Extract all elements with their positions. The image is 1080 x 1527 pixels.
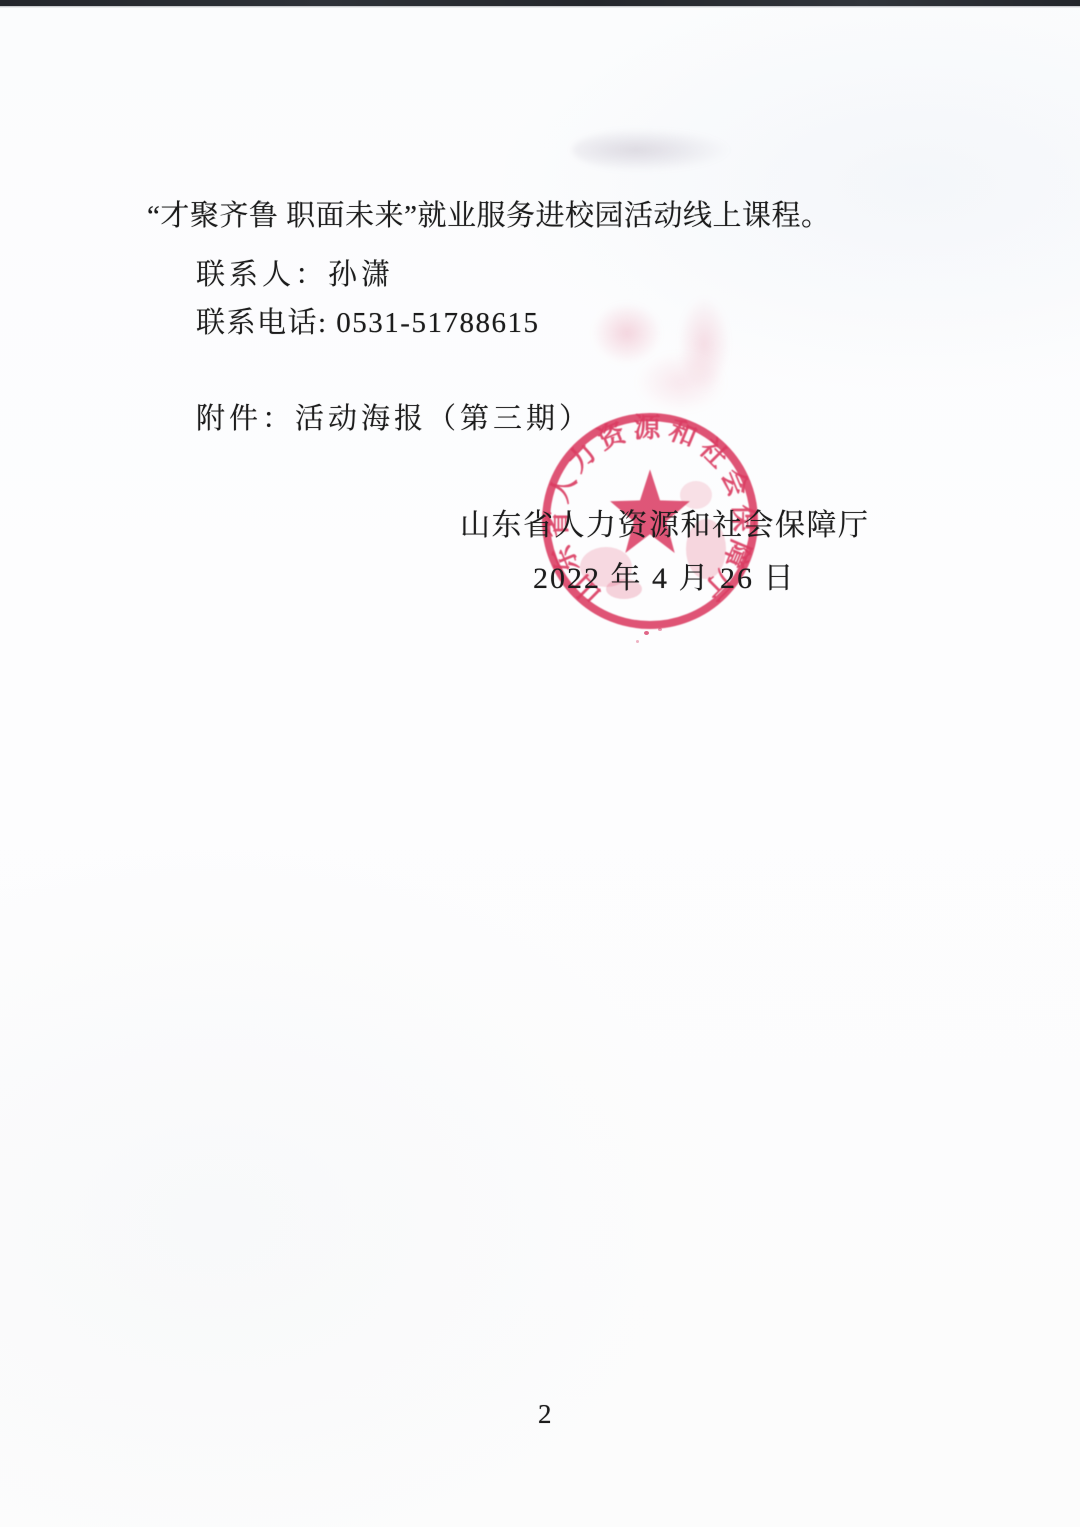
body-line-course-title: “才聚齐鲁 职面未来”就业服务进校园活动线上课程。 [147, 193, 831, 234]
bleedthrough-smudge [572, 128, 732, 172]
contact-phone-line: 联系电话: 0531-51788615 [196, 300, 539, 341]
signature-agency: 山东省人力资源和社会保障厅 [460, 500, 870, 544]
bleedthrough-smudge [678, 296, 730, 392]
contact-person-line: 联系人：孙潇 [196, 252, 394, 293]
signature-date: 2022 年 4 月 26 日 [533, 553, 796, 597]
scanned-document-page: “才聚齐鲁 职面未来”就业服务进校园活动线上课程。 联系人：孙潇 联系电话: 0… [0, 0, 1080, 1527]
page-number: 2 [538, 1399, 552, 1430]
bleedthrough-smudge [592, 302, 662, 364]
scan-edge-artifact [0, 0, 1080, 6]
